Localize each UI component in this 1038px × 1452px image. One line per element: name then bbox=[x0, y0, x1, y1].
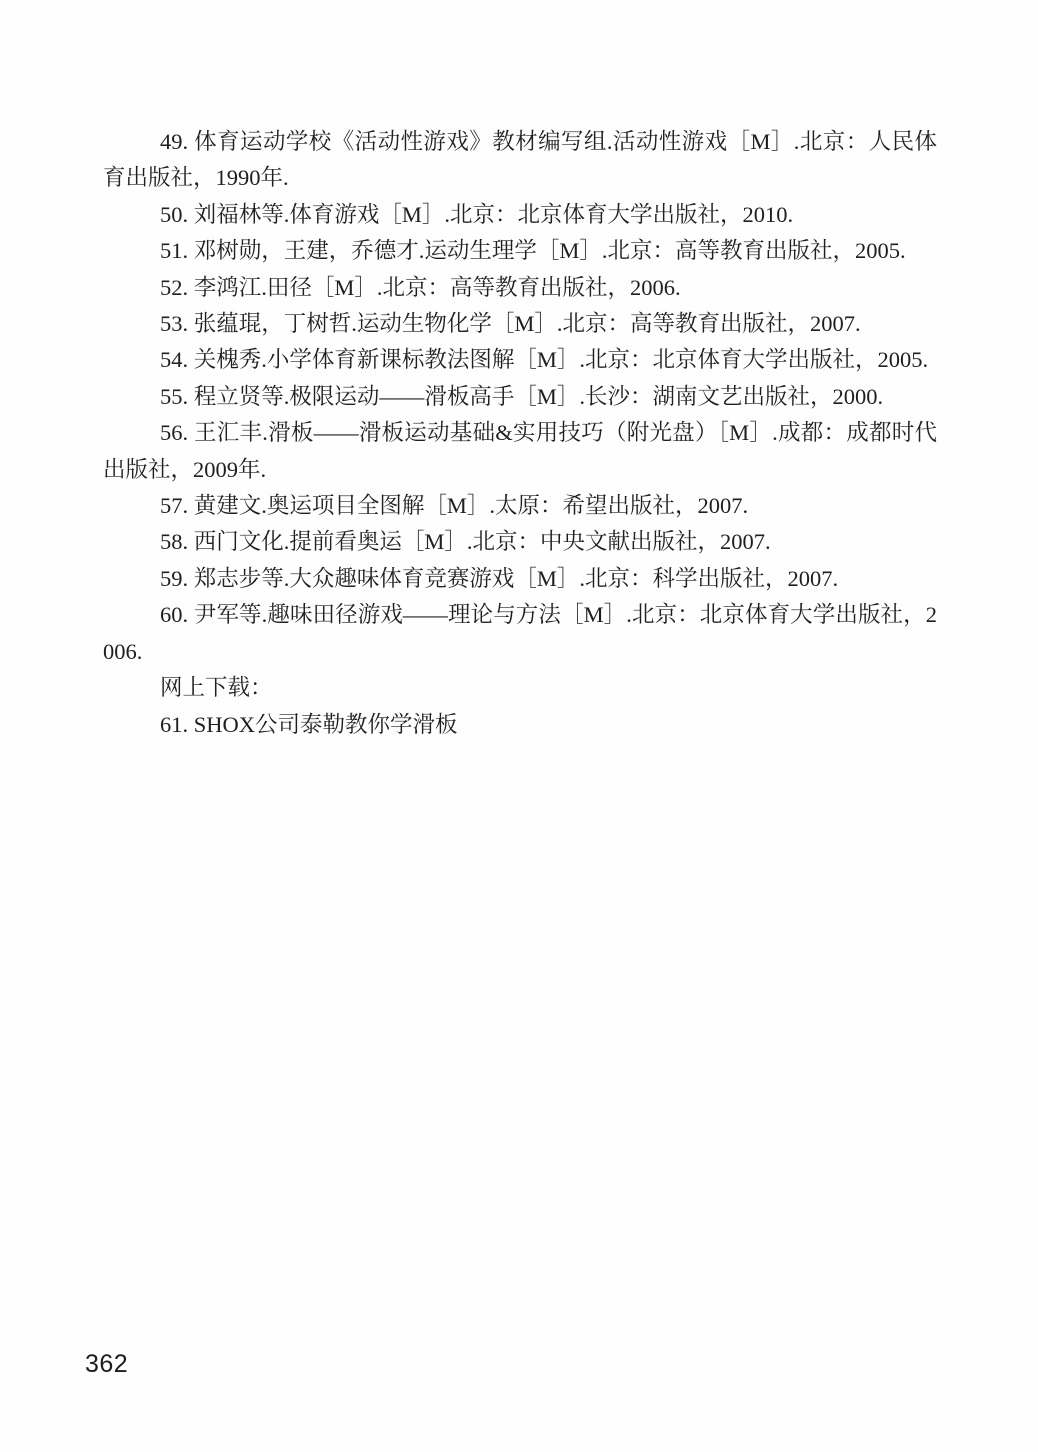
reference-entry-52: 52. 李鸿江.田径［M］.北京：高等教育出版社，2006. bbox=[103, 270, 937, 306]
reference-entry-57: 57. 黄建文.奥运项目全图解［M］.太原：希望出版社，2007. bbox=[103, 488, 937, 524]
reference-entry-55: 55. 程立贤等.极限运动——滑板高手［M］.长沙：湖南文艺出版社，2000. bbox=[103, 379, 937, 415]
reference-entry-53: 53. 张蕴琨，丁树哲.运动生物化学［M］.北京：高等教育出版社，2007. bbox=[103, 306, 937, 342]
bibliography-list: 49. 体育运动学校《活动性游戏》教材编写组.活动性游戏［M］.北京：人民体育出… bbox=[103, 124, 937, 743]
document-page: 49. 体育运动学校《活动性游戏》教材编写组.活动性游戏［M］.北京：人民体育出… bbox=[0, 0, 1038, 1452]
reference-entry-61: 61. SHOX公司泰勒教你学滑板 bbox=[103, 707, 937, 743]
web-download-heading: 网上下载： bbox=[103, 670, 937, 706]
reference-entry-58: 58. 西门文化.提前看奥运［M］.北京：中央文献出版社，2007. bbox=[103, 524, 937, 560]
reference-entry-56: 56. 王汇丰.滑板——滑板运动基础&实用技巧（附光盘）［M］.成都：成都时代出… bbox=[103, 415, 937, 488]
page-number: 362 bbox=[85, 1350, 128, 1379]
reference-entry-54: 54. 关槐秀.小学体育新课标教法图解［M］.北京：北京体育大学出版社，2005… bbox=[103, 342, 937, 378]
reference-entry-51: 51. 邓树勋，王建，乔德才.运动生理学［M］.北京：高等教育出版社，2005. bbox=[103, 233, 937, 269]
reference-entry-49: 49. 体育运动学校《活动性游戏》教材编写组.活动性游戏［M］.北京：人民体育出… bbox=[103, 124, 937, 197]
reference-entry-60: 60. 尹军等.趣味田径游戏——理论与方法［M］.北京：北京体育大学出版社，20… bbox=[103, 597, 937, 670]
reference-entry-50: 50. 刘福林等.体育游戏［M］.北京：北京体育大学出版社，2010. bbox=[103, 197, 937, 233]
reference-entry-59: 59. 郑志步等.大众趣味体育竞赛游戏［M］.北京：科学出版社，2007. bbox=[103, 561, 937, 597]
